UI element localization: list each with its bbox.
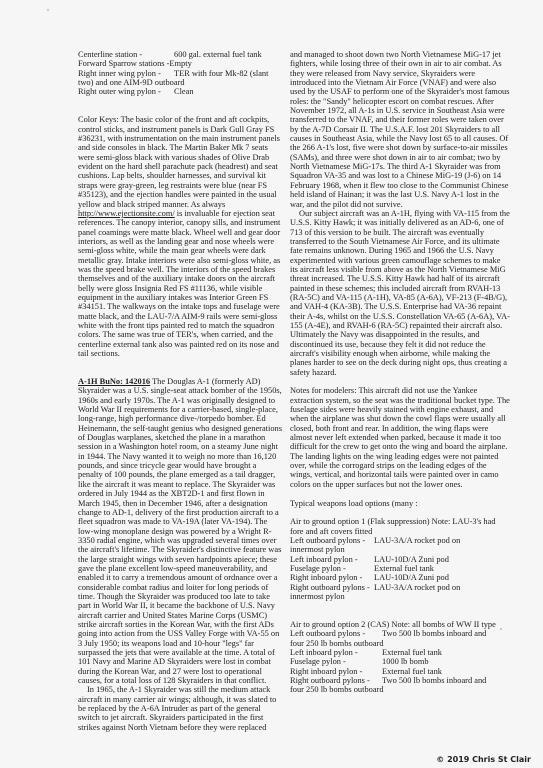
option-row: Right outboard pylons - Two 500 lb bombs… xyxy=(290,676,510,685)
station-load: External fuel tank xyxy=(382,648,442,657)
station-load: 600 gal. external fuel tank xyxy=(174,50,262,59)
station-load: Two 500 lb bombs inboard and xyxy=(382,629,486,638)
option-title: Air to ground option 2 (CAS) Note: all b… xyxy=(290,620,510,629)
right-column: and managed to shoot down two North Viet… xyxy=(290,50,510,695)
aircraft-heading: A-1H BuNo: 142016 xyxy=(78,377,150,386)
station-load: LAU-10D/A Zuni pod xyxy=(374,573,449,582)
option-row: Fuselage pylon - External fuel tank xyxy=(290,564,510,573)
weapons-option-2: Air to ground option 2 (CAS) Note: all b… xyxy=(290,620,510,695)
station-label: Right inner wing pylon - xyxy=(78,69,174,78)
station-load: LAU-3A/A rocket pod on xyxy=(374,583,460,592)
station-load: 1000 lb bomb xyxy=(382,657,429,666)
history-paragraph-3: and managed to shoot down two North Viet… xyxy=(290,50,510,209)
loadout-row: Right inner wing pylon - TER with four M… xyxy=(78,69,283,78)
loadout-row: Right outer wing pylon - Clean xyxy=(78,87,283,96)
station-load-wrap: innermost pylon xyxy=(290,545,510,554)
option-row: Left inboard pylon - LAU-10D/A Zuni pod xyxy=(290,555,510,564)
station-load: Empty xyxy=(169,59,191,68)
station-load: LAU-3A/A rocket pod on xyxy=(374,536,460,545)
loadout-row: Forward Sparrow stations - Empty xyxy=(78,59,283,68)
station-label: Forward Sparrow stations - xyxy=(78,59,169,68)
station-label: Centerline station - xyxy=(78,50,174,59)
station-load-wrap: four 250 lb bombs outboard xyxy=(290,639,510,648)
station-load: External fuel tank xyxy=(382,667,442,676)
station-label: Right inboard pylon - xyxy=(290,573,374,582)
station-label: Left inboard pylon - xyxy=(290,555,374,564)
option-row: Left inboard pylon - External fuel tank xyxy=(290,648,510,657)
station-label: Fuselage pylon - xyxy=(290,564,374,573)
ejection-site-link[interactable]: http://www.ejectionsite.com/ xyxy=(78,209,175,218)
modeler-notes: Notes for modelers: This aircraft did no… xyxy=(290,386,510,489)
option-row: Right inboard pylon - LAU-10D/A Zuni pod xyxy=(290,573,510,582)
option-row: Right outboard pylons - LAU-3A/A rocket … xyxy=(290,583,510,592)
left-column: Centerline station - 600 gal. external f… xyxy=(78,50,283,732)
station-label: Right outboard pylons - xyxy=(290,583,374,592)
history-paragraph-2: In 1965, the A-1 Skyraider was still the… xyxy=(78,685,283,732)
station-load: Two 500 lb bombs inboard and xyxy=(382,676,486,685)
station-label: Right outer wing pylon - xyxy=(78,87,174,96)
station-label: Fuselage pylon - xyxy=(290,657,382,666)
station-load-wrap: four 250 lb bombs outboard xyxy=(290,685,510,694)
copyright-watermark: © 2019 Chris St Clair xyxy=(436,755,531,764)
scan-speck xyxy=(47,9,49,11)
weapons-intro: Typical weapons load options (many : xyxy=(290,499,510,508)
history-text: The Douglas A-1 (formerly AD) Skyraider … xyxy=(78,377,282,685)
loadout-continuation: two) and one AIM-9D outboard xyxy=(78,78,283,87)
option-row: Fuselage pylon - 1000 lb bomb xyxy=(290,657,510,666)
color-keys-text: Color Keys: The basic color of the front… xyxy=(78,115,280,208)
loadout-list: Centerline station - 600 gal. external f… xyxy=(78,50,283,97)
station-load-wrap: innermost pylon xyxy=(290,592,510,601)
station-load: TER with four Mk-82 (slant xyxy=(174,69,268,78)
color-keys-text-cont: is invaluable for ejection seat referenc… xyxy=(78,209,280,358)
loadout-row: Centerline station - 600 gal. external f… xyxy=(78,50,283,59)
weapons-option-1: Air to ground option 1 (Flak suppression… xyxy=(290,517,510,601)
option-row: Right inboard pylon - External fuel tank xyxy=(290,667,510,676)
station-load: LAU-10D/A Zuni pod xyxy=(374,555,449,564)
station-label: Right inboard pylon - xyxy=(290,667,382,676)
station-label: Left inboard pylon - xyxy=(290,648,382,657)
station-label: Left outboard pylons - xyxy=(290,536,374,545)
color-keys-paragraph: Color Keys: The basic color of the front… xyxy=(78,115,283,358)
station-label: Left outboard pylons - xyxy=(290,629,382,638)
station-load: Clean xyxy=(174,87,194,96)
history-paragraph-1: A-1H BuNo: 142016 The Douglas A-1 (forme… xyxy=(78,377,283,685)
option-row: Left outboard pylons - Two 500 lb bombs … xyxy=(290,629,510,638)
option-row: Left outboard pylons - LAU-3A/A rocket p… xyxy=(290,536,510,545)
history-paragraph-4: Our subject aircraft was an A-1H, flying… xyxy=(290,209,510,377)
scanned-page: Centerline station - 600 gal. external f… xyxy=(0,0,543,768)
station-label: Right outboard pylons - xyxy=(290,676,382,685)
station-load: External fuel tank xyxy=(374,564,434,573)
option-title: Air to ground option 1 (Flak suppression… xyxy=(290,517,510,536)
